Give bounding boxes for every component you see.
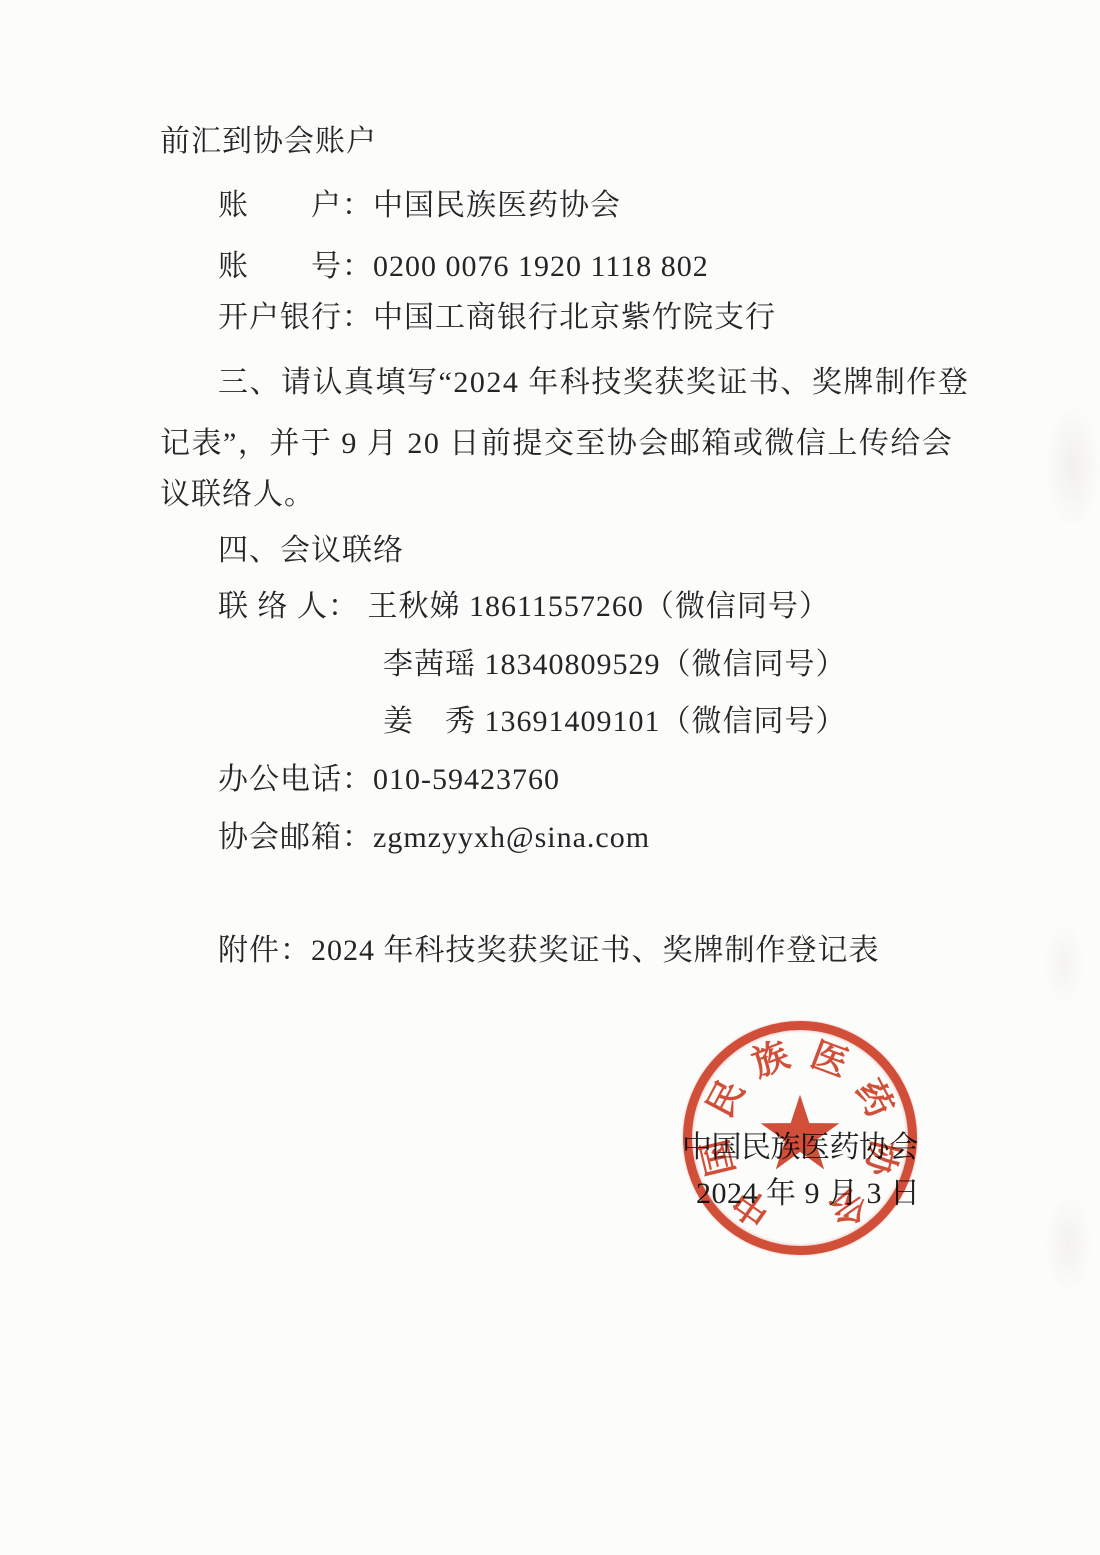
line-attachment: 附件：2024 年科技奖获奖证书、奖牌制作登记表 (218, 933, 880, 969)
document-page: 前汇到协会账户 账 户：中国民族医药协会 账 号：0200 0076 1920 … (0, 0, 1100, 1555)
line-contact-2: 李茜瑶 18340809529（微信同号） (383, 647, 847, 683)
line-email: 协会邮箱：zgmzyyxh@sina.com (218, 820, 650, 856)
line-remit-note: 前汇到协会账户 (160, 124, 377, 160)
line-item3-part3: 议联络人。 (160, 477, 315, 513)
seal-star-icon (756, 1090, 844, 1182)
line-item3-part2: 记表”，并于 9 月 20 日前提交至协会邮箱或微信上传给会 (160, 426, 953, 462)
line-item4-heading: 四、会议联络 (218, 533, 404, 569)
line-contact-1: 联 络 人： 王秋娣 18611557260（微信同号） (218, 589, 830, 625)
line-account-name: 账 户：中国民族医药协会 (218, 188, 621, 224)
line-item3-part1: 三、请认真填写“2024 年科技奖获奖证书、奖牌制作登 (218, 365, 969, 401)
line-bank: 开户银行：中国工商银行北京紫竹院支行 (218, 300, 776, 336)
official-seal: 中 国 民 族 医 药 协 会 (683, 1021, 917, 1255)
line-contact-3: 姜 秀 13691409101（微信同号） (383, 704, 847, 740)
line-account-number: 账 号：0200 0076 1920 1118 802 (218, 249, 709, 285)
line-office-phone: 办公电话：010-59423760 (218, 762, 560, 798)
